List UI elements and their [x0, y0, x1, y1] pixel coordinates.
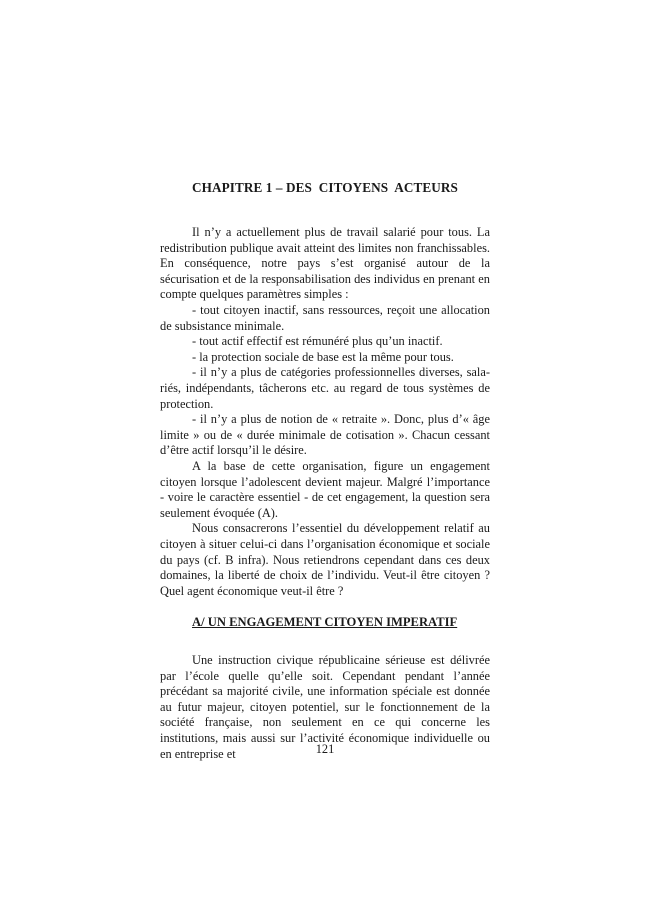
- intro-section: Il n’y a actuellement plus de travail sa…: [160, 225, 490, 303]
- list-item: - il n’y a plus de catégories profession…: [160, 365, 490, 412]
- organisation-section: A la base de cette organisation, figure …: [160, 459, 490, 599]
- list-item: - il n’y a plus de notion de « retraite …: [160, 412, 490, 459]
- parameters-list: - tout citoyen inactif, sans ressources,…: [160, 303, 490, 459]
- list-item: - tout citoyen inactif, sans ressources,…: [160, 303, 490, 334]
- intro-paragraph: Il n’y a actuellement plus de travail sa…: [160, 225, 490, 303]
- chapter-title: CHAPITRE 1 – DES CITOYENS ACTEURS: [192, 180, 458, 196]
- list-item: - la protection sociale de base est la m…: [160, 350, 490, 366]
- paragraph: A la base de cette organisation, figure …: [160, 459, 490, 521]
- paragraph: Nous consacrerons l’essentiel du dévelop…: [160, 521, 490, 599]
- page-number: 121: [160, 742, 490, 757]
- section-heading: A/ UN ENGAGEMENT CITOYEN IMPERATIF: [192, 615, 457, 630]
- list-item: - tout actif effectif est rémunéré plus …: [160, 334, 490, 350]
